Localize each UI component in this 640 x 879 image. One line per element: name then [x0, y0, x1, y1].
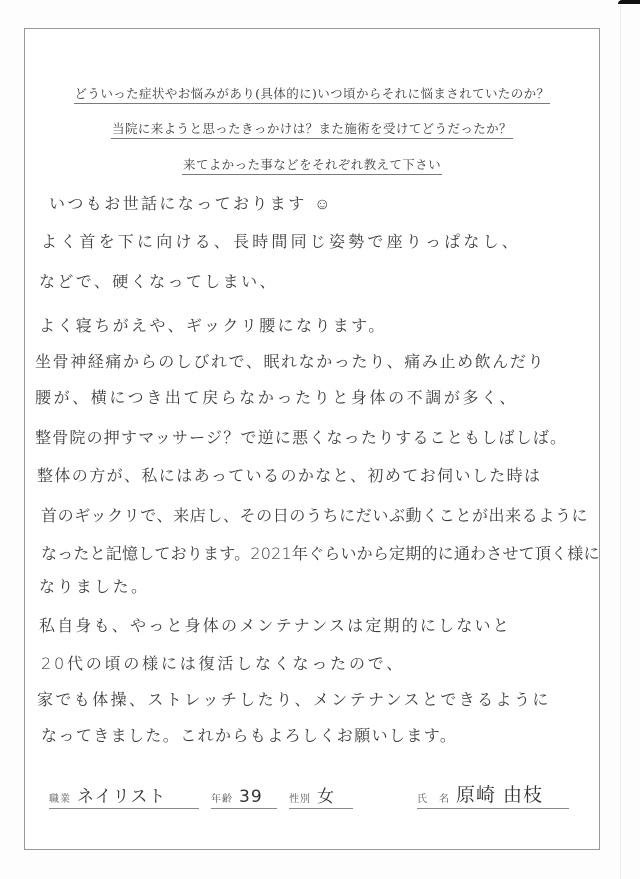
- handwritten-line-2: よく首を下に向ける、長時間同じ姿勢で座りっぱなし、: [41, 229, 521, 252]
- handwritten-line-1: いつもお世話になっております ☺: [49, 191, 333, 214]
- handwritten-line-3: などで、硬くなってしまい、: [39, 269, 278, 292]
- handwritten-line-6: 腰が、横につき出て戻らなかったりと身体の不調が多く、: [35, 385, 518, 408]
- handwritten-line-10: なったと記憶しております。2021年ぐらいから定期的に通わさせて頂く様に: [41, 541, 600, 564]
- question-2: 当院に来ようと思ったきっかけは？また施術を受けてどうだったか？: [25, 119, 599, 139]
- occupation-field: 職業 ネイリスト: [49, 785, 199, 809]
- handwritten-line-15: なってきました。これからもよろしくお願いします。: [41, 723, 457, 746]
- handwritten-line-11: なりました。: [39, 574, 149, 597]
- gender-field: 性別 女: [289, 785, 353, 809]
- handwritten-line-7: 整骨院の押すマッサージ？で逆に悪くなったりすることもしばしば。: [35, 425, 567, 448]
- scan-page-edge: [620, 6, 621, 879]
- handwritten-line-9: 首のギックリで、来店し、その日のうちにだいぶ動くことが出来るように: [41, 503, 588, 526]
- handwritten-line-8: 整体の方が、私にはあっているのかなと、初めてお伺いした時は: [37, 463, 541, 486]
- question-1: どういった症状やお悩みがあり(具体的に)いつ頃からそれに悩まされていたのか？: [25, 84, 599, 104]
- age-field: 年齢 39: [211, 785, 277, 809]
- handwritten-line-4: よく寝ちがえや、ギックリ腰になります。: [39, 313, 387, 336]
- scan-corner-mark: [618, 0, 640, 4]
- testimonial-form-frame: どういった症状やお悩みがあり(具体的に)いつ頃からそれに悩まされていたのか？ 当…: [24, 28, 600, 850]
- question-3: 来てよかった事などをそれぞれ教えて下さい: [25, 155, 599, 175]
- handwritten-line-5: 坐骨神経痛からのしびれで、眠れなかったり、痛み止め飲んだり: [35, 349, 545, 372]
- handwritten-line-14: 家でも体操、ストレッチしたり、メンテナンスとできるように: [37, 687, 551, 710]
- handwritten-line-12: 私自身も、やっと身体のメンテナンスは定期的にしないと: [39, 613, 511, 636]
- name-field: 氏 名 原崎 由枝: [417, 785, 569, 809]
- handwritten-line-13: 20代の頃の様には復活しなくなったので、: [41, 651, 405, 674]
